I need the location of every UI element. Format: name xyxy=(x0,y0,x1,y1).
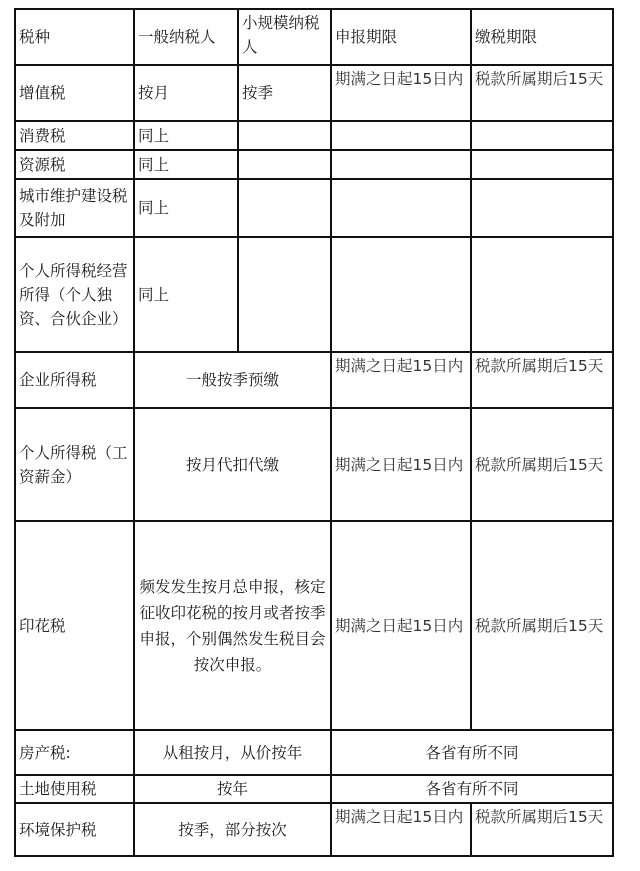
taxpayer-merged-cell: 频发发生按月总申报，核定征收印花税的按月或者按季申报，个别偶然发生税目会按次申报… xyxy=(134,521,331,730)
general-cell: 同上 xyxy=(134,121,238,150)
table-row: 资源税 同上 xyxy=(15,150,613,179)
table-row: 增值税 按月 按季 期满之日起15日内 税款所属期后15天 xyxy=(15,65,613,121)
filing-cell xyxy=(331,150,471,179)
tax-type-cell: 环境保护税 xyxy=(15,803,134,856)
filing-cell: 期满之日起15日内 xyxy=(331,65,471,121)
filing-cell: 期满之日起15日内 xyxy=(331,521,471,730)
tax-type-cell: 个人所得税经营所得（个人独资、合伙企业） xyxy=(15,237,134,352)
taxpayer-merged-cell: 从租按月，从价按年 xyxy=(134,730,331,775)
table-row: 企业所得税 一般按季预缴 期满之日起15日内 税款所属期后15天 xyxy=(15,352,613,408)
tax-type-cell: 印花税 xyxy=(15,521,134,730)
payment-cell xyxy=(471,237,613,352)
filing-cell: 期满之日起15日内 xyxy=(331,408,471,521)
table-row: 土地使用税 按年 各省有所不同 xyxy=(15,775,613,803)
table-row: 城市维护建设税及附加 同上 xyxy=(15,179,613,237)
taxpayer-merged-cell: 一般按季预缴 xyxy=(134,352,331,408)
payment-cell: 税款所属期后15天 xyxy=(471,521,613,730)
filing-cell: 期满之日起15日内 xyxy=(331,352,471,408)
taxpayer-merged-cell: 按季，部分按次 xyxy=(134,803,331,856)
header-general-taxpayer: 一般纳税人 xyxy=(134,9,238,65)
table-row: 房产税: 从租按月，从价按年 各省有所不同 xyxy=(15,730,613,775)
tax-type-cell: 资源税 xyxy=(15,150,134,179)
tax-type-cell: 消费税 xyxy=(15,121,134,150)
general-cell: 同上 xyxy=(134,150,238,179)
header-tax-type: 税种 xyxy=(15,9,134,65)
tax-type-cell: 个人所得税（工资薪金） xyxy=(15,408,134,521)
table-row: 环境保护税 按季，部分按次 期满之日起15日内 税款所属期后15天 xyxy=(15,803,613,856)
general-cell: 按月 xyxy=(134,65,238,121)
taxpayer-merged-cell: 按年 xyxy=(134,775,331,803)
general-cell: 同上 xyxy=(134,237,238,352)
small-cell xyxy=(238,150,331,179)
small-cell xyxy=(238,237,331,352)
deadline-merged-cell: 各省有所不同 xyxy=(331,775,613,803)
tax-type-cell: 城市维护建设税及附加 xyxy=(15,179,134,237)
filing-cell: 期满之日起15日内 xyxy=(331,803,471,856)
table-row: 个人所得税（工资薪金） 按月代扣代缴 期满之日起15日内 税款所属期后15天 xyxy=(15,408,613,521)
deadline-merged-cell: 各省有所不同 xyxy=(331,730,613,775)
payment-cell xyxy=(471,121,613,150)
table-row: 消费税 同上 xyxy=(15,121,613,150)
tax-type-cell: 土地使用税 xyxy=(15,775,134,803)
payment-cell: 税款所属期后15天 xyxy=(471,65,613,121)
tax-type-cell: 增值税 xyxy=(15,65,134,121)
taxpayer-merged-cell: 按月代扣代缴 xyxy=(134,408,331,521)
header-small-taxpayer: 小规模纳税人 xyxy=(238,9,331,65)
table-header-row: 税种 一般纳税人 小规模纳税人 申报期限 缴税期限 xyxy=(15,9,613,65)
payment-cell: 税款所属期后15天 xyxy=(471,408,613,521)
tax-type-cell: 企业所得税 xyxy=(15,352,134,408)
table-row: 个人所得税经营所得（个人独资、合伙企业） 同上 xyxy=(15,237,613,352)
filing-cell xyxy=(331,179,471,237)
payment-cell xyxy=(471,150,613,179)
small-cell xyxy=(238,179,331,237)
table-row: 印花税 频发发生按月总申报，核定征收印花税的按月或者按季申报，个别偶然发生税目会… xyxy=(15,521,613,730)
header-filing-deadline: 申报期限 xyxy=(331,9,471,65)
small-cell: 按季 xyxy=(238,65,331,121)
small-cell xyxy=(238,121,331,150)
payment-cell: 税款所属期后15天 xyxy=(471,352,613,408)
filing-cell xyxy=(331,237,471,352)
general-cell: 同上 xyxy=(134,179,238,237)
filing-cell xyxy=(331,121,471,150)
tax-deadline-table: 税种 一般纳税人 小规模纳税人 申报期限 缴税期限 增值税 按月 按季 期满之日… xyxy=(14,8,614,857)
tax-type-cell: 房产税: xyxy=(15,730,134,775)
payment-cell xyxy=(471,179,613,237)
header-payment-deadline: 缴税期限 xyxy=(471,9,613,65)
payment-cell: 税款所属期后15天 xyxy=(471,803,613,856)
